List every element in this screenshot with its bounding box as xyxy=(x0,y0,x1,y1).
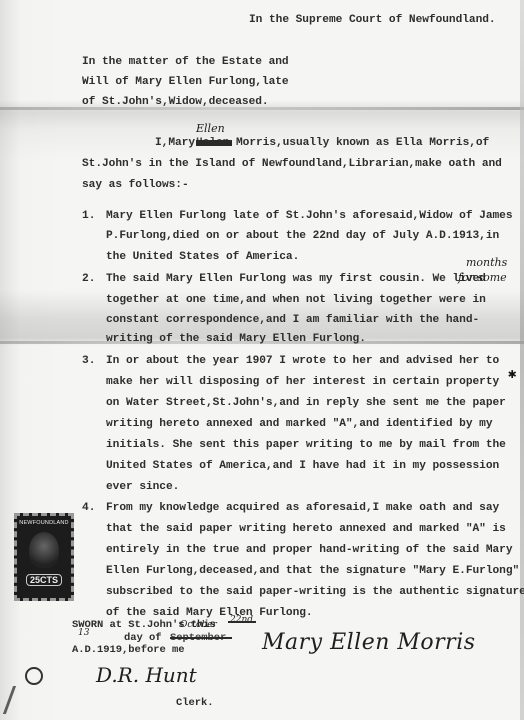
paragraph-line: In or about the year 1907 I wrote to her… xyxy=(106,355,499,367)
paper-edge xyxy=(520,0,524,720)
handwritten-insert-for-some: for some xyxy=(458,271,507,284)
paragraph-line: constant correspondence,and I am familia… xyxy=(106,314,479,326)
jurat-line: day of xyxy=(124,632,162,644)
edge-mark xyxy=(3,686,34,714)
paragraph-number: 4. xyxy=(82,502,95,514)
paragraph-line: The said Mary Ellen Furlong was my first… xyxy=(106,273,486,285)
paragraph-line: make her will disposing of her interest … xyxy=(106,376,499,388)
struck-day: 22nd xyxy=(230,615,253,625)
jurat-line: A.D.1919,before me xyxy=(72,644,185,656)
stamp-country: NEWFOUNDLAND xyxy=(17,520,71,526)
intro-line: St.John's in the Island of Newfoundland,… xyxy=(82,158,502,170)
paragraph-line: on Water Street,St.John's,and in reply s… xyxy=(106,397,506,409)
matter-line: Will of Mary Ellen Furlong,late xyxy=(82,76,289,88)
court-heading: In the Supreme Court of Newfoundland. xyxy=(249,14,496,26)
affidavit-page: In the Supreme Court of Newfoundland. In… xyxy=(0,0,524,720)
intro-line: Morris,usually known as Ella Morris,of xyxy=(236,137,489,149)
paragraph-line: entirely in the true and proper hand-wri… xyxy=(106,544,512,556)
matter-line: of St.John's,Widow,deceased. xyxy=(82,96,269,108)
revenue-stamp: NEWFOUNDLAND 25CTS xyxy=(14,513,74,601)
strikethrough xyxy=(228,621,256,623)
paragraph-number: 2. xyxy=(82,273,95,285)
seal-icon xyxy=(25,667,43,685)
stamp-value: 25CTS xyxy=(26,574,62,586)
paragraph-line: that the said paper writing hereto annex… xyxy=(106,523,506,535)
paragraph-line: Ellen Furlong,deceased,and that the sign… xyxy=(106,565,519,577)
strikethrough xyxy=(170,637,232,639)
paragraph-number: 3. xyxy=(82,355,95,367)
clerk-title: Clerk. xyxy=(176,697,214,709)
paragraph-line: From my knowledge acquired as aforesaid,… xyxy=(106,502,499,514)
paragraph-line: subscribed to the said paper-writing is … xyxy=(106,586,524,598)
paragraph-line: of the said Mary Ellen Furlong. xyxy=(106,607,313,619)
paragraph-line: P.Furlong,died on or about the 22nd day … xyxy=(106,230,499,242)
matter-line: In the matter of the Estate and xyxy=(82,56,289,68)
paragraph-line: ever since. xyxy=(106,481,179,493)
deponent-signature: Mary Ellen Morris xyxy=(262,630,476,655)
handwritten-day: 13 xyxy=(78,628,89,638)
paragraph-number: 1. xyxy=(82,210,95,222)
handwritten-insert-months: months xyxy=(466,256,507,269)
paragraph-line: writing of the said Mary Ellen Furlong. xyxy=(106,333,366,345)
intro-line: say as follows:- xyxy=(82,179,189,191)
clerk-signature: D.R. Hunt xyxy=(96,663,197,687)
intro-prefix: I,Mary xyxy=(155,137,195,149)
paragraph-line: initials. She sent this paper writing to… xyxy=(106,439,506,451)
handwritten-month: October xyxy=(180,620,217,630)
paragraph-line: the United States of America. xyxy=(106,251,299,263)
paragraph-line: United States of America,and I have had … xyxy=(106,460,499,472)
ink-mark: ✱ xyxy=(508,366,516,383)
stamp-portrait-icon xyxy=(29,532,59,568)
handwritten-insert-ellen: Ellen xyxy=(196,122,225,135)
paragraph-line: together at one time,and when not living… xyxy=(106,294,486,306)
strikethrough xyxy=(196,140,232,146)
paragraph-line: Mary Ellen Furlong late of St.John's afo… xyxy=(106,210,512,222)
paragraph-line: writing hereto annexed and marked "A",an… xyxy=(106,418,493,430)
